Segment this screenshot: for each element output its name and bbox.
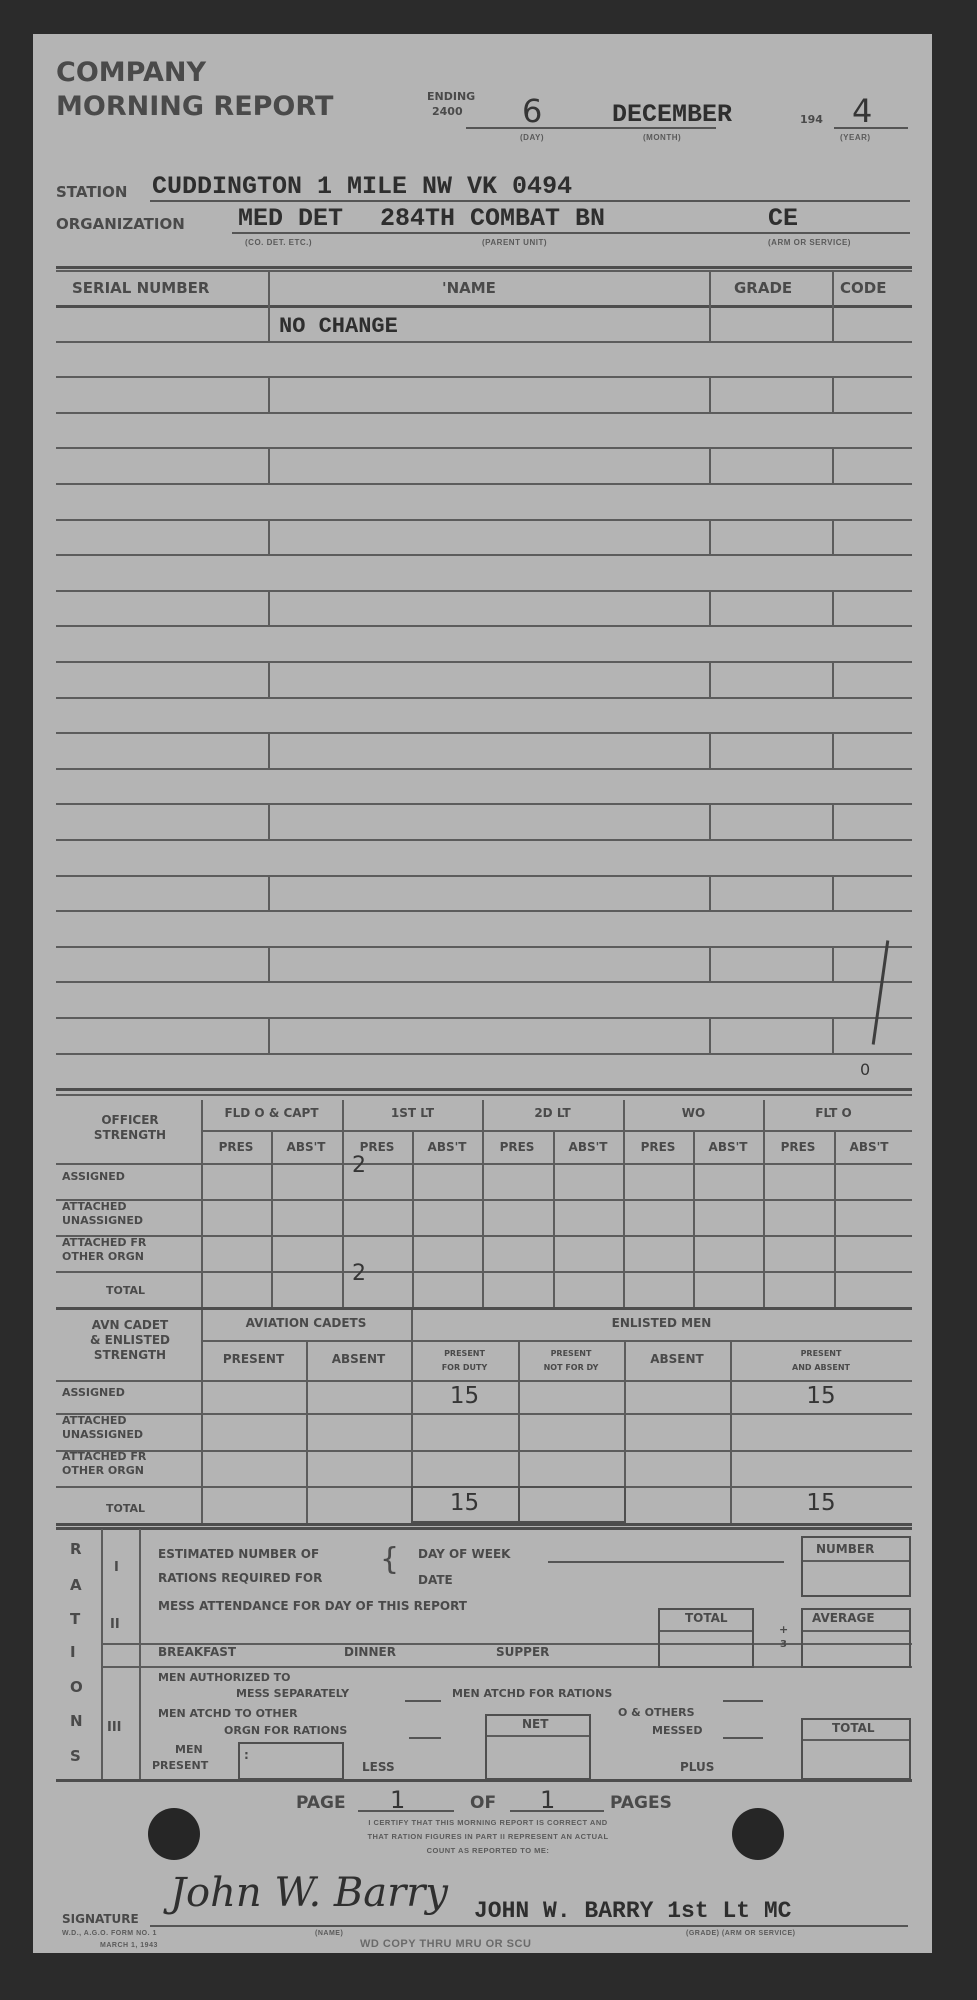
rations-total-label: TOTAL bbox=[832, 1721, 875, 1735]
enlisted-cell[interactable]: 15 bbox=[730, 1383, 912, 1409]
header-code: CODE bbox=[840, 279, 886, 297]
brace: { bbox=[380, 1542, 399, 1577]
enlisted-row-label: ASSIGNED bbox=[62, 1386, 125, 1400]
row-rule bbox=[56, 1053, 912, 1055]
officer-cell[interactable]: 2 bbox=[342, 1261, 422, 1286]
station-value[interactable]: CUDDINGTON 1 MILE NW VK 0494 bbox=[152, 172, 572, 201]
atchd-for-rations-field[interactable] bbox=[723, 1700, 763, 1702]
organization-arm[interactable]: CE bbox=[768, 204, 798, 233]
hdr-divider-1 bbox=[268, 270, 270, 305]
typed-name[interactable]: JOHN W. BARRY 1st Lt MC bbox=[474, 1898, 791, 1924]
enlisted-subheader: PRESENTFOR DUTY bbox=[411, 1347, 518, 1375]
officer-subheader: PRES bbox=[763, 1140, 833, 1154]
hdr-divider-2 bbox=[709, 270, 711, 305]
signature-label: SIGNATURE bbox=[62, 1912, 139, 1926]
day-of-week-label: DAY OF WEEK bbox=[418, 1547, 510, 1561]
rations-side-letter: A bbox=[70, 1576, 82, 1594]
officer-row-rule bbox=[56, 1199, 912, 1201]
mess-separately-field[interactable] bbox=[405, 1700, 441, 1702]
organization-underline bbox=[232, 232, 910, 234]
punch-hole-left bbox=[148, 1808, 200, 1860]
total-present-not-for-duty-box bbox=[518, 1486, 626, 1523]
table-row[interactable] bbox=[58, 732, 910, 768]
table-row[interactable] bbox=[58, 803, 910, 839]
mess-separately-line2: MESS SEPARATELY bbox=[236, 1687, 349, 1700]
part3-numeral: III bbox=[107, 1720, 122, 1735]
table-row[interactable] bbox=[58, 1017, 910, 1053]
caption-parent-unit: (PARENT UNIT) bbox=[482, 238, 547, 247]
rations-side-letter: O bbox=[70, 1678, 83, 1696]
others-messed-field[interactable] bbox=[723, 1737, 763, 1739]
organization-parent-unit[interactable]: 284TH COMBAT BN bbox=[380, 204, 605, 233]
certify-line3: COUNT AS REPORTED TO ME: bbox=[278, 1846, 698, 1855]
men-present-line1: MEN bbox=[175, 1743, 203, 1756]
atchd-other-field[interactable] bbox=[409, 1737, 441, 1739]
header-name: 'NAME bbox=[442, 279, 496, 297]
row-rule bbox=[56, 412, 912, 414]
rations-side-letter: S bbox=[70, 1747, 81, 1765]
officer-strength-title: OFFICERSTRENGTH bbox=[60, 1113, 200, 1143]
signature-underline bbox=[150, 1925, 908, 1927]
officer-bottom-rule bbox=[56, 1307, 912, 1310]
mess-total-rule bbox=[660, 1630, 752, 1632]
day-of-week-field[interactable] bbox=[548, 1561, 784, 1563]
table-row[interactable] bbox=[58, 590, 910, 626]
officer-group-header: 1ST LT bbox=[342, 1106, 483, 1120]
atchd-other-line1: MEN ATCHD TO OTHER bbox=[158, 1707, 298, 1720]
officer-row-label: TOTAL bbox=[62, 1284, 145, 1298]
margin-mark-zero: 0 bbox=[860, 1060, 870, 1079]
table-row[interactable] bbox=[58, 376, 910, 412]
rations-side-letter: I bbox=[70, 1643, 76, 1661]
caption-arm: (ARM OR SERVICE) bbox=[768, 238, 851, 247]
breakfast-label: BREAKFAST bbox=[158, 1645, 236, 1659]
enlisted-row-label: ATTACHEDUNASSIGNED bbox=[62, 1414, 143, 1442]
number-box-rule bbox=[803, 1560, 909, 1562]
officer-col-divider bbox=[271, 1130, 273, 1309]
month-value[interactable]: DECEMBER bbox=[612, 100, 732, 129]
page-underline bbox=[358, 1810, 454, 1812]
rations-divider-1 bbox=[101, 1529, 103, 1779]
men-present-value: : bbox=[244, 1748, 249, 1762]
day-value[interactable]: 6 bbox=[522, 92, 542, 130]
mess-separately-line1: MEN AUTHORIZED TO bbox=[158, 1671, 291, 1684]
others-line2: MESSED bbox=[652, 1724, 702, 1737]
enlisted-row-rule bbox=[56, 1450, 912, 1452]
row-rule bbox=[56, 697, 912, 699]
officer-row-rule bbox=[56, 1271, 912, 1273]
form-number: W.D., A.G.O. FORM NO. 1 bbox=[62, 1930, 157, 1937]
officer-subheader: PRES bbox=[201, 1140, 271, 1154]
row-rule bbox=[56, 839, 912, 841]
dinner-label: DINNER bbox=[344, 1645, 396, 1659]
table-row[interactable] bbox=[58, 519, 910, 555]
header-serial-number: SERIAL NUMBER bbox=[72, 279, 209, 297]
net-rule bbox=[487, 1735, 589, 1737]
plus-label: PLUS bbox=[680, 1760, 714, 1774]
men-present-line2: PRESENT bbox=[152, 1759, 208, 1772]
of-label: OF bbox=[470, 1793, 496, 1813]
month-caption: (MONTH) bbox=[643, 133, 681, 142]
rations-top-rule bbox=[56, 1527, 912, 1530]
part2-title: MESS ATTENDANCE FOR DAY OF THIS REPORT bbox=[158, 1599, 467, 1613]
table-row[interactable] bbox=[58, 661, 910, 697]
officer-subheader: ABS'T bbox=[693, 1140, 763, 1154]
aviation-cadets-header: AVIATION CADETS bbox=[201, 1316, 411, 1330]
page-number[interactable]: 1 bbox=[390, 1786, 405, 1814]
net-label: NET bbox=[522, 1717, 548, 1731]
officer-cell[interactable]: 2 bbox=[342, 1153, 422, 1178]
officer-row-rule bbox=[56, 1235, 912, 1237]
date-label: DATE bbox=[418, 1573, 453, 1587]
total-pages[interactable]: 1 bbox=[540, 1786, 555, 1814]
part1-text-line1: ESTIMATED NUMBER OF bbox=[158, 1547, 319, 1561]
rations-side-letter: T bbox=[70, 1610, 80, 1628]
form-title-line2: MORNING REPORT bbox=[56, 92, 333, 122]
table-row[interactable] bbox=[58, 946, 910, 982]
part2-numeral: II bbox=[110, 1617, 120, 1632]
enlisted-men-header: ENLISTED MEN bbox=[411, 1316, 912, 1330]
certify-line2: THAT RATION FIGURES IN PART II REPRESENT… bbox=[278, 1832, 698, 1841]
total-present-for-duty-box bbox=[411, 1486, 520, 1523]
average-label: AVERAGE bbox=[812, 1611, 875, 1625]
year-digit[interactable]: 4 bbox=[852, 92, 872, 130]
average-rule bbox=[803, 1630, 909, 1632]
enlisted-subheader: ABSENT bbox=[624, 1352, 730, 1367]
enlisted-strength-title: AVN CADET& ENLISTEDSTRENGTH bbox=[60, 1318, 200, 1363]
enlisted-subheader: PRESENTAND ABSENT bbox=[730, 1347, 912, 1375]
officer-group-header: FLT O bbox=[763, 1106, 904, 1120]
enlisted-row-rule bbox=[56, 1413, 912, 1415]
officer-subheader: ABS'T bbox=[271, 1140, 341, 1154]
table-row[interactable] bbox=[58, 875, 910, 911]
divide-by: 3 bbox=[780, 1639, 787, 1650]
others-line1: O & OTHERS bbox=[618, 1706, 695, 1719]
rations-rule-2 bbox=[101, 1666, 912, 1668]
officer-row-label: ASSIGNED bbox=[62, 1170, 125, 1184]
table-row[interactable] bbox=[58, 305, 910, 341]
form-title-line1: COMPANY bbox=[56, 58, 206, 88]
officer-group-rule bbox=[201, 1130, 912, 1132]
officer-group-header: 2D LT bbox=[482, 1106, 623, 1120]
enlisted-col-divider bbox=[306, 1340, 308, 1523]
name-caption: (NAME) bbox=[315, 1930, 343, 1937]
men-present-box[interactable] bbox=[238, 1742, 344, 1780]
less-label: LESS bbox=[362, 1760, 395, 1774]
signature[interactable]: John W. Barry bbox=[170, 1870, 448, 1916]
part1-text-line2: RATIONS REQUIRED FOR bbox=[158, 1571, 322, 1585]
station-underline bbox=[150, 200, 910, 202]
rations-bottom-rule bbox=[56, 1779, 912, 1782]
rations-side-letter: R bbox=[70, 1540, 82, 1558]
rations-total-rule bbox=[803, 1739, 909, 1741]
atchd-for-rations-label: MEN ATCHD FOR RATIONS bbox=[452, 1687, 612, 1700]
officer-subheader: PRES bbox=[482, 1140, 552, 1154]
number-label: NUMBER bbox=[816, 1542, 874, 1556]
table-top-rule-2 bbox=[56, 270, 912, 272]
officer-subheader: ABS'T bbox=[412, 1140, 482, 1154]
enlisted-subheader: PRESENT bbox=[201, 1352, 306, 1367]
enlisted-col-divider bbox=[201, 1310, 203, 1523]
organization-label: ORGANIZATION bbox=[56, 215, 185, 233]
officer-row-label: ATTACHED FROTHER ORGN bbox=[62, 1236, 146, 1264]
enlisted-cell[interactable]: 15 bbox=[411, 1383, 518, 1409]
divide-sign: + bbox=[779, 1623, 788, 1636]
officer-subheader: ABS'T bbox=[553, 1140, 623, 1154]
officer-col-divider bbox=[553, 1130, 555, 1309]
station-label: STATION bbox=[56, 183, 127, 201]
table-row[interactable] bbox=[58, 447, 910, 483]
enlisted-subheader: PRESENTNOT FOR DY bbox=[518, 1347, 624, 1375]
part1-numeral: I bbox=[114, 1560, 119, 1575]
row-rule bbox=[56, 768, 912, 770]
enlisted-subheader: ABSENT bbox=[306, 1352, 411, 1367]
hdr-divider-3 bbox=[832, 270, 834, 305]
table-bottom-rule-2 bbox=[56, 1094, 912, 1096]
officer-subheader: PRES bbox=[342, 1140, 412, 1154]
pages-underline bbox=[510, 1810, 604, 1812]
year-prefix: 194 bbox=[800, 113, 823, 126]
atchd-other-line2: ORGN FOR RATIONS bbox=[224, 1724, 347, 1737]
officer-group-header: FLD O & CAPT bbox=[201, 1106, 342, 1120]
enlisted-bottom-rule bbox=[56, 1523, 912, 1526]
ending-label: ENDING bbox=[427, 90, 475, 103]
officer-row-rule bbox=[56, 1163, 912, 1165]
officer-group-header: WO bbox=[623, 1106, 764, 1120]
row-rule bbox=[56, 341, 912, 343]
copy-note: WD COPY THRU MRU OR SCU bbox=[360, 1938, 531, 1950]
table-bottom-rule bbox=[56, 1088, 912, 1091]
row-rule bbox=[56, 483, 912, 485]
grade-caption: (GRADE) (ARM OR SERVICE) bbox=[686, 1930, 795, 1937]
page-label: PAGE bbox=[296, 1793, 346, 1813]
header-grade: GRADE bbox=[734, 279, 792, 297]
day-caption: (DAY) bbox=[520, 133, 544, 142]
enlisted-row-label: TOTAL bbox=[62, 1502, 145, 1516]
mess-total-label: TOTAL bbox=[685, 1611, 728, 1625]
form-date: MARCH 1, 1943 bbox=[100, 1942, 158, 1949]
punch-hole-right bbox=[732, 1808, 784, 1860]
rations-side-letter: N bbox=[70, 1712, 83, 1730]
officer-col-divider bbox=[834, 1130, 836, 1309]
officer-row-label: ATTACHEDUNASSIGNED bbox=[62, 1200, 143, 1228]
ending-time: 2400 bbox=[432, 105, 463, 118]
pages-label: PAGES bbox=[610, 1793, 672, 1813]
officer-subheader: PRES bbox=[623, 1140, 693, 1154]
rations-divider-2 bbox=[139, 1529, 141, 1779]
enlisted-row-rule bbox=[56, 1380, 912, 1382]
officer-subheader: ABS'T bbox=[834, 1140, 904, 1154]
organization-unit[interactable]: MED DET bbox=[238, 204, 343, 233]
table-top-rule bbox=[56, 266, 912, 269]
enlisted-row-label: ATTACHED FROTHER ORGN bbox=[62, 1450, 146, 1478]
officer-col-divider bbox=[693, 1130, 695, 1309]
certify-line1: I CERTIFY THAT THIS MORNING REPORT IS CO… bbox=[278, 1818, 698, 1827]
enlisted-cell[interactable]: 15 bbox=[730, 1490, 912, 1516]
supper-label: SUPPER bbox=[496, 1645, 549, 1659]
caption-unit: (CO. DET. ETC.) bbox=[245, 238, 312, 247]
year-caption: (YEAR) bbox=[840, 133, 871, 142]
